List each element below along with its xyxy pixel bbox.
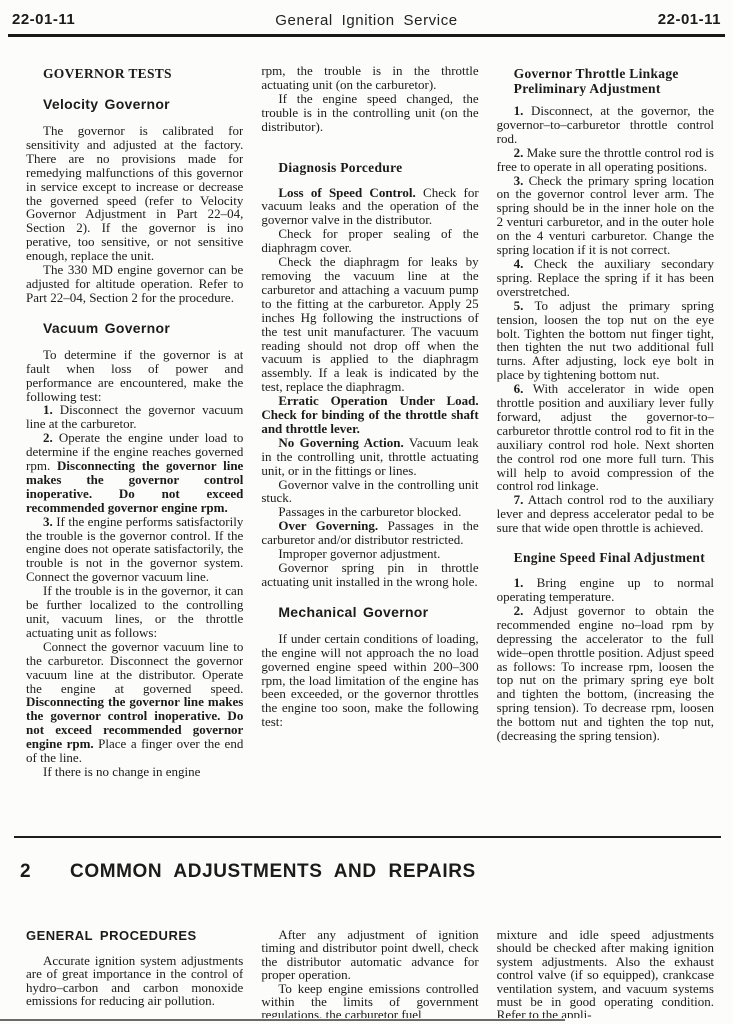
paragraph: Improper governor adjustment. [261, 547, 478, 561]
section-title: COMMON ADJUSTMENTS AND REPAIRS [70, 861, 476, 883]
paragraph: If the engine speed changed, the trouble… [261, 92, 478, 134]
section-2-heading: 2 COMMON ADJUSTMENTS AND REPAIRS [20, 861, 713, 887]
paragraph: No Governing Action. Vacuum leak in the … [261, 436, 478, 478]
paragraph: Check for proper sealing of the diaphrag… [261, 227, 478, 255]
paragraph: mixture and idle speed adjustments shoul… [497, 928, 714, 1018]
paragraph: Loss of Speed Control. Check for vacuum … [261, 186, 478, 228]
paragraph: rpm, the trouble is in the throttle actu… [261, 64, 478, 92]
paragraph: To keep engine emissions controlled with… [261, 982, 478, 1018]
emissions-column: mixture and idle speed adjustments shoul… [497, 926, 714, 1018]
governor-tests-column: GOVERNOR TESTSVelocity GovernorThe gover… [26, 64, 243, 836]
throttle-linkage-column: Governor Throttle LinkagePreliminary Adj… [497, 64, 714, 836]
paragraph: 1. Disconnect the governor vacuum line a… [26, 403, 243, 431]
paragraph: 2. Operate the engine under load to dete… [26, 431, 243, 514]
paragraph: 5. To adjust the primary spring tension,… [497, 299, 714, 382]
paragraph: Governor spring pin in throttle actuatin… [261, 561, 478, 589]
header-rule [8, 34, 725, 37]
paragraph: If the trouble is in the governor, it ca… [26, 584, 243, 640]
section-heading: GENERAL PROCEDURES [26, 928, 243, 944]
page-title: General Ignition Service [12, 12, 721, 29]
paragraph: If under certain conditions of loading, … [261, 632, 478, 729]
section-number: 2 [20, 861, 31, 883]
paragraph: Erratic Operation Under Load. Check for … [261, 394, 478, 436]
page-header: 22-01-11 General Ignition Service 22-01-… [12, 11, 721, 31]
paragraph: Connect the governor vacuum line to the … [26, 640, 243, 765]
paragraph: Governor valve in the controlling unit s… [261, 478, 478, 506]
section-heading: Mechanical Governor [261, 604, 478, 620]
diagnosis-column: rpm, the trouble is in the throttle actu… [261, 64, 478, 836]
paragraph: 6. With accelerator in wide open throttl… [497, 382, 714, 493]
paragraph: Over Governing. Passages in the carburet… [261, 519, 478, 547]
paragraph: 2. Adjust governor to obtain the recomme… [497, 604, 714, 743]
section-heading: Governor Throttle Linkage [497, 66, 714, 81]
paragraph: 3. If the engine performs satisfactorily… [26, 515, 243, 585]
paragraph: If there is no change in engine [26, 765, 243, 779]
paragraph: 3. Check the primary spring location on … [497, 174, 714, 257]
timing-advance-column: After any adjustment of ignition timing … [261, 926, 478, 1018]
paragraph: 7. Attach control rod to the auxiliary l… [497, 493, 714, 535]
paragraph: Passages in the carburetor blocked. [261, 505, 478, 519]
page-code-right: 22-01-11 [658, 11, 721, 28]
paragraph: Check the diaphragm for leaks by removin… [261, 255, 478, 394]
governor-tests-section: GOVERNOR TESTSVelocity GovernorThe gover… [26, 64, 714, 836]
paragraph: After any adjustment of ignition timing … [261, 928, 478, 982]
page-bottom-rule [0, 1019, 565, 1021]
manual-page: 22-01-11 General Ignition Service 22-01-… [0, 0, 733, 1024]
paragraph: Accurate ignition system adjustments are… [26, 954, 243, 1008]
paragraph: 1. Bring engine up to normal operating t… [497, 576, 714, 604]
section-heading: Preliminary Adjustment [497, 81, 714, 96]
section-heading: Engine Speed Final Adjustment [497, 550, 714, 565]
paragraph: The 330 MD engine governor can be adjust… [26, 263, 243, 305]
paragraph: 2. Make sure the throttle control rod is… [497, 146, 714, 174]
section-heading: GOVERNOR TESTS [26, 66, 243, 81]
section-heading: Diagnosis Porcedure [261, 160, 478, 175]
section-heading: Velocity Governor [26, 96, 243, 112]
section-divider-rule [14, 836, 721, 838]
paragraph: The governor is calibrated for sensitivi… [26, 124, 243, 263]
paragraph: 1. Disconnect, at the governor, the gove… [497, 104, 714, 146]
paragraph: 4. Check the auxiliary secondary spring.… [497, 257, 714, 299]
section-heading: Vacuum Governor [26, 320, 243, 336]
paragraph: To determine if the governor is at fault… [26, 348, 243, 404]
general-procedures-column: GENERAL PROCEDURESAccurate ignition syst… [26, 926, 243, 1018]
common-adjustments-section: GENERAL PROCEDURESAccurate ignition syst… [26, 926, 714, 1018]
